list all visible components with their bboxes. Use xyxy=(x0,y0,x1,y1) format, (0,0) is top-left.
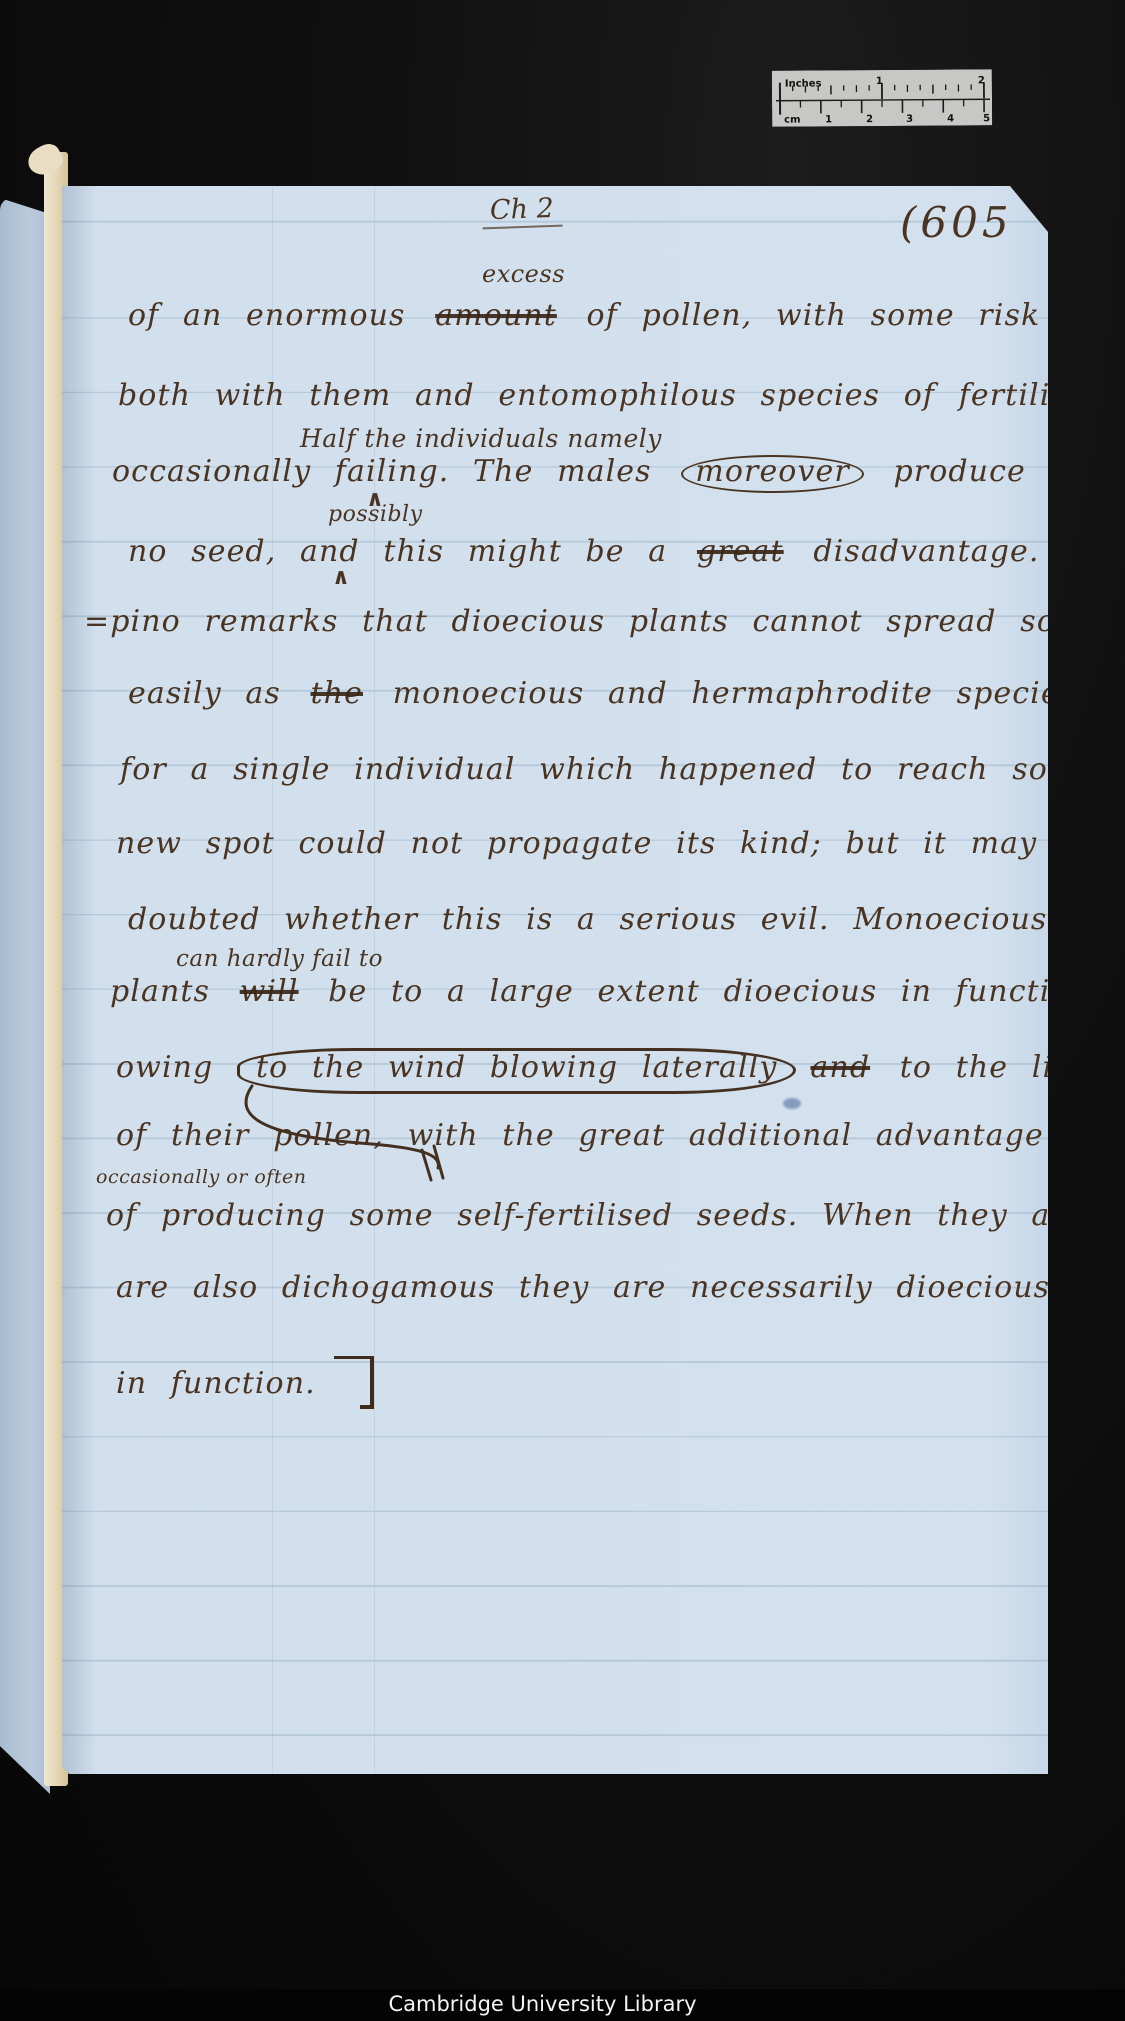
manuscript-line: occasionally failing. The males moreover… xyxy=(112,454,1026,493)
line-text: owing xyxy=(116,1050,237,1085)
interlinear-insertion: excess xyxy=(482,260,565,288)
ruler-cm-number: 1 xyxy=(825,114,832,125)
ruler-cm-number: 3 xyxy=(906,114,913,125)
deleted-word: amount xyxy=(435,298,557,333)
manuscript-line: of an enormous amount of pollen, with so… xyxy=(128,298,1040,333)
manuscript-line: are also dichogamous they are necessaril… xyxy=(116,1270,1050,1305)
line-text: produce xyxy=(870,454,1026,489)
line-text: new spot could not propagate its kind; b… xyxy=(116,826,1100,861)
manuscript-line: of producing some self-fertilised seeds.… xyxy=(106,1198,1085,1233)
line-text: occasionally failing. The males xyxy=(112,454,675,489)
line-text: for a single individual which happened t… xyxy=(120,752,1096,787)
line-text: be to a large extent dioecious in functi… xyxy=(305,974,1101,1009)
deleted-word: the xyxy=(311,676,363,711)
ink-smudge xyxy=(783,1098,801,1109)
manuscript-page: Ch 2 (605 of an enormous amount of polle… xyxy=(62,186,1048,1774)
ruler-cm-number: 5 xyxy=(983,113,990,124)
ruler-cm-number: 4 xyxy=(947,113,954,124)
line-text: of pollen, with some risk xyxy=(563,298,1040,333)
line-text: to the lightness xyxy=(876,1050,1125,1085)
ruler-unit-inches: Inches xyxy=(785,78,822,89)
line-text: of an enormous xyxy=(128,298,429,333)
line-text: easily as xyxy=(128,676,305,711)
manuscript-line: plants will be to a large extent dioecio… xyxy=(110,974,1101,1009)
line-text: are also dichogamous they are necessaril… xyxy=(116,1270,1050,1305)
circled-word: moreover xyxy=(681,455,864,493)
interlinear-insertion: can hardly fail to xyxy=(176,946,383,972)
manuscript-line: for a single individual which happened t… xyxy=(120,752,1096,787)
line-text: both with them and entomophilous species… xyxy=(118,378,1125,413)
interlinear-insertion: Half the individuals namely xyxy=(300,424,662,453)
manuscript-line: both with them and entomophilous species… xyxy=(118,378,1125,413)
manuscript-line: no seed, and this might be a great disad… xyxy=(128,534,1118,569)
deleted-word: great xyxy=(697,534,784,569)
line-text: monoecious and hermaphrodite species, xyxy=(369,676,1087,711)
line-text: disadvantage. Del xyxy=(790,534,1118,569)
ruler-inch-number: 2 xyxy=(978,75,985,86)
manuscript-line: in function. xyxy=(116,1340,374,1401)
loop-annotation-tail xyxy=(222,1082,472,1202)
closing-bracket-mark xyxy=(334,1356,374,1409)
line-text: in function. xyxy=(116,1366,316,1401)
library-credit: Cambridge University Library xyxy=(0,1992,1105,2016)
underlying-page-edge xyxy=(0,198,50,1794)
line-text: doubted whether this is a serious evil. … xyxy=(128,902,1047,937)
manuscript-line: =pino remarks that dioecious plants cann… xyxy=(84,604,1056,639)
line-text: =pino remarks that dioecious plants cann… xyxy=(84,604,1056,639)
chapter-heading: Ch 2 xyxy=(481,193,562,230)
deleted-word: will xyxy=(240,974,299,1009)
photo-stage: Ch 2 (605 of an enormous amount of polle… xyxy=(0,0,1125,2021)
folio-number: (605 xyxy=(900,198,1013,247)
ruler-cm-number: 2 xyxy=(866,114,873,125)
manuscript-line: doubted whether this is a serious evil. … xyxy=(128,902,1047,937)
manuscript-line: easily as the monoecious and hermaphrodi… xyxy=(128,676,1087,711)
ruler-inch-number: 1 xyxy=(876,76,883,87)
insertion-caret: ∧ xyxy=(332,564,350,590)
manuscript-line: new spot could not propagate its kind; b… xyxy=(116,826,1100,861)
deleted-word: and xyxy=(810,1050,870,1085)
line-text: no seed, and this might be a xyxy=(128,534,691,569)
insertion-caret: ∧ xyxy=(366,486,384,512)
line-text: plants xyxy=(110,974,234,1009)
line-text: of producing some self-fertilised seeds.… xyxy=(106,1198,1085,1233)
ruler-unit-cm: cm xyxy=(784,115,800,126)
measurement-ruler: Inches 1 2 cm 1 2 3 4 5 xyxy=(772,69,992,127)
